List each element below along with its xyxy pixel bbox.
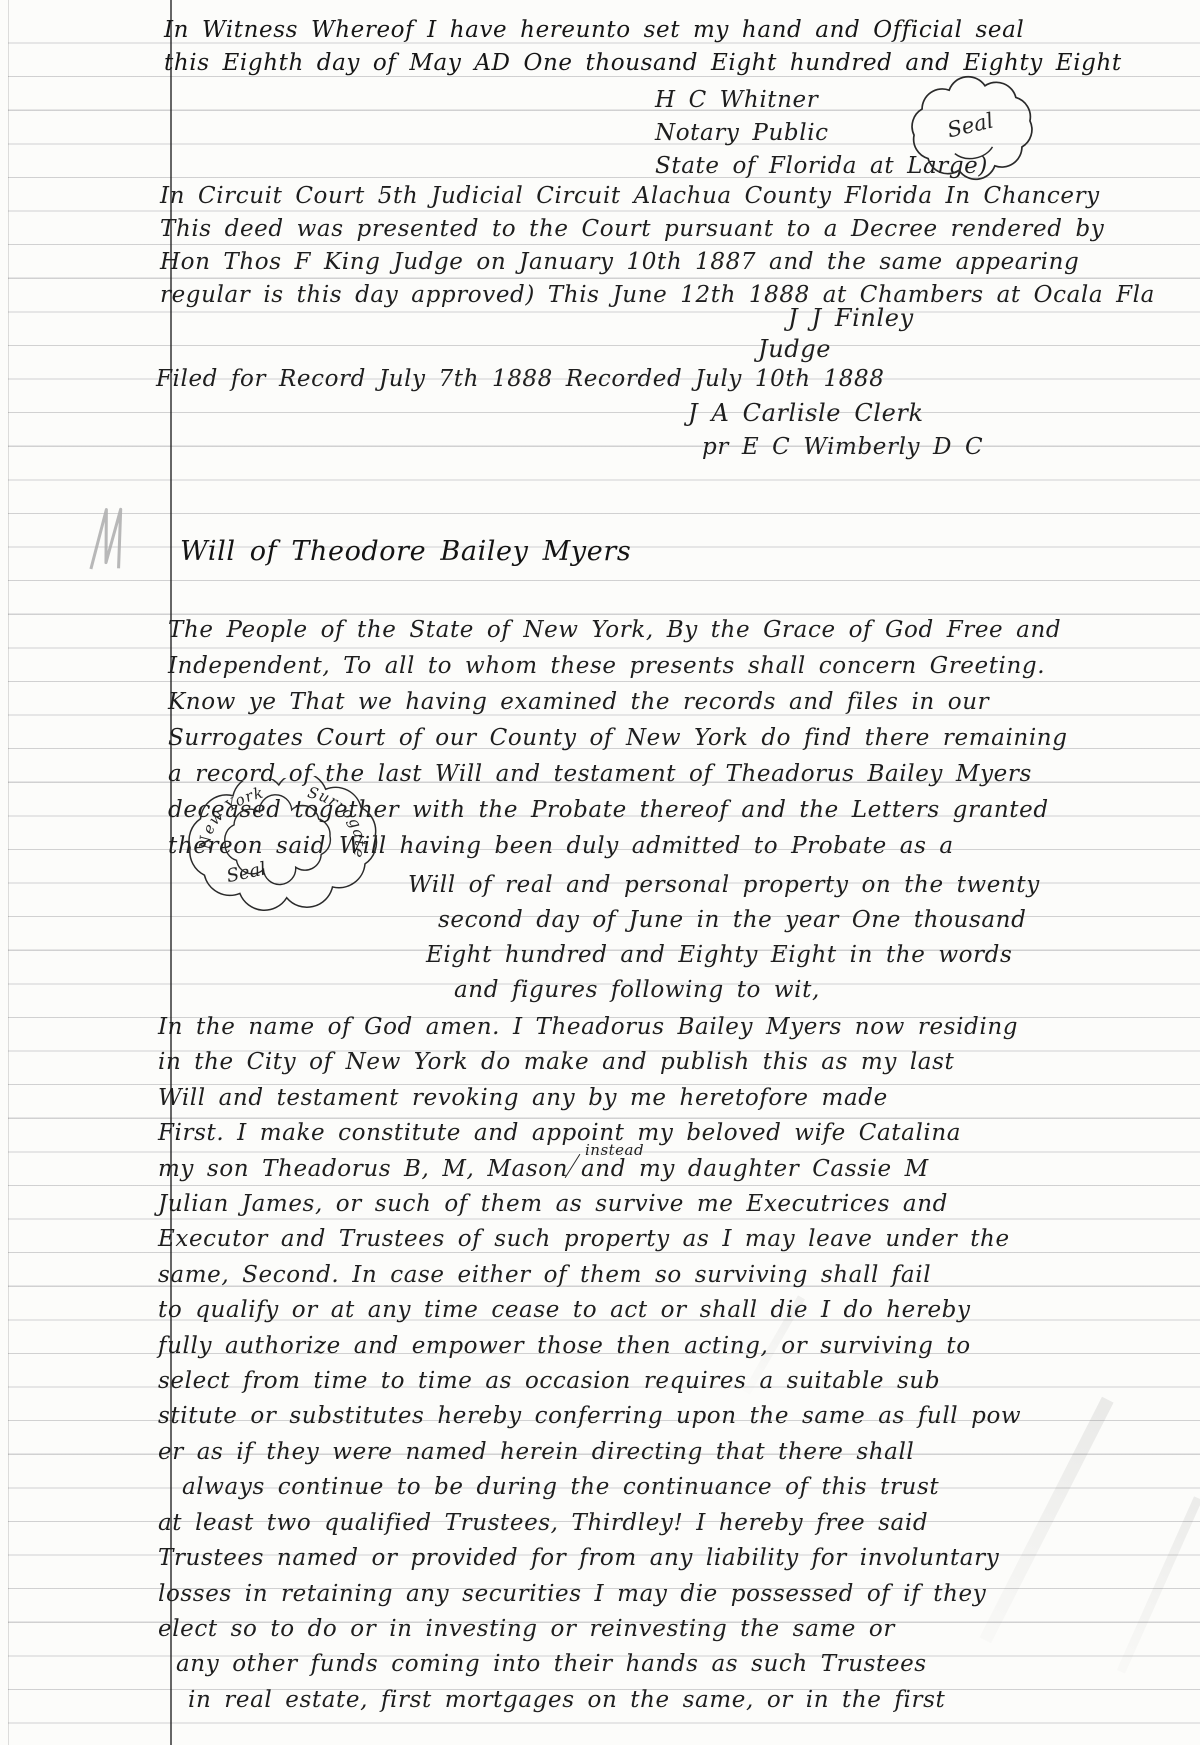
will-line: fully authorize and empower those then a… xyxy=(158,1329,1021,1364)
certificate-line: Surrogates Court of our County of New Yo… xyxy=(168,720,1068,756)
certificate-indented-line: Eight hundred and Eighty Eight in the wo… xyxy=(426,938,1040,973)
notary-seal-flourish xyxy=(955,147,994,161)
will-line: any other funds coming into their hands … xyxy=(176,1647,1021,1682)
scanned-deed-record-page: In Witness Whereof I have hereunto set m… xyxy=(0,0,1200,1745)
certificate-indented-line: second day of June in the year One thous… xyxy=(438,903,1040,938)
will-line: elect so to do or in investing or reinve… xyxy=(158,1612,1021,1647)
will-line: to qualify or at any time cease to act o… xyxy=(158,1293,1021,1328)
chancery-approval-section: In Circuit Court 5th Judicial Circuit Al… xyxy=(160,180,1155,312)
certificate-indented-line: and figures following to wit, xyxy=(454,973,1040,1008)
surrogate-seal: New York Surrogate Seal xyxy=(178,771,399,917)
will-line: stitute or substitutes hereby conferring… xyxy=(158,1399,1021,1434)
will-heading: Will of Theodore Bailey Myers xyxy=(180,536,631,567)
will-line: always continue to be during the continu… xyxy=(182,1470,1021,1505)
court-order-line: Hon Thos F King Judge on January 10th 18… xyxy=(160,246,1155,279)
will-line: Trustees named or provided for from any … xyxy=(158,1541,1021,1576)
judge-signature: J J Finley xyxy=(788,303,914,334)
will-line: in real estate, first mortgages on the s… xyxy=(188,1683,1021,1718)
will-text-section: In the name of God amen. I Theadorus Bai… xyxy=(158,1010,1021,1718)
will-line: losses in retaining any securities I may… xyxy=(158,1577,1021,1612)
certificate-line: Know ye That we having examined the reco… xyxy=(168,684,1068,720)
will-heading-text: Will of Theodore Bailey Myers xyxy=(180,536,631,567)
certificate-line: Independent, To all to whom these presen… xyxy=(168,648,1068,684)
surrogate-seal-label: Seal xyxy=(225,858,268,887)
svg-text:New York: New York xyxy=(192,783,269,852)
judge-signature-block: J J Finley Judge xyxy=(750,303,914,365)
clerk-signature-block: J A Carlisle Clerk pr E C Wimberly D C xyxy=(688,396,983,464)
page-edge-line xyxy=(8,0,9,1745)
certificate-line: The People of the State of New York, By … xyxy=(168,612,1068,648)
will-line: Will and testament revoking any by me he… xyxy=(158,1081,1021,1116)
scan-smudge xyxy=(1117,1496,1200,1673)
will-line: select from time to time as occasion req… xyxy=(158,1364,1021,1399)
will-line: in the City of New York do make and publ… xyxy=(158,1045,1021,1080)
will-line: Executor and Trustees of such property a… xyxy=(158,1222,1021,1257)
clerk-signature: J A Carlisle Clerk xyxy=(688,396,983,430)
surrogate-seal-ring-text-1: New York xyxy=(192,783,269,852)
court-order-line: regular is this day approved) This June … xyxy=(160,279,1155,312)
notary-seal: Seal xyxy=(897,64,1048,192)
certificate-indented-block: Will of real and personal property on th… xyxy=(408,868,1040,1008)
interlineation-note: instead xyxy=(585,1141,644,1159)
certificate-indented-line: Will of real and personal property on th… xyxy=(408,868,1040,903)
will-line: er as if they were named herein directin… xyxy=(158,1435,1021,1470)
pencil-margin-mark xyxy=(84,498,135,579)
deputy-clerk-signature: pr E C Wimberly D C xyxy=(702,430,983,464)
will-line: In the name of God amen. I Theadorus Bai… xyxy=(158,1010,1021,1045)
filing-record-line: Filed for Record July 7th 1888 Recorded … xyxy=(156,366,885,392)
court-order-line: In Circuit Court 5th Judicial Circuit Al… xyxy=(160,180,1155,213)
judge-title: Judge xyxy=(758,334,914,365)
will-line: Julian James, or such of them as survive… xyxy=(158,1187,1021,1222)
filing-record-section: Filed for Record July 7th 1888 Recorded … xyxy=(156,366,885,392)
notary-seal-label: Seal xyxy=(945,109,996,144)
court-order-line: This deed was presented to the Court pur… xyxy=(160,213,1155,246)
surrogate-seal-ring-text-2: Surrogate xyxy=(305,779,371,864)
attestation-line: In Witness Whereof I have hereunto set m… xyxy=(164,14,1122,47)
svg-text:Surrogate: Surrogate xyxy=(305,779,371,864)
will-line: same, Second. In case either of them so … xyxy=(158,1258,1021,1293)
will-line: at least two qualified Trustees, Thirdle… xyxy=(158,1506,1021,1541)
